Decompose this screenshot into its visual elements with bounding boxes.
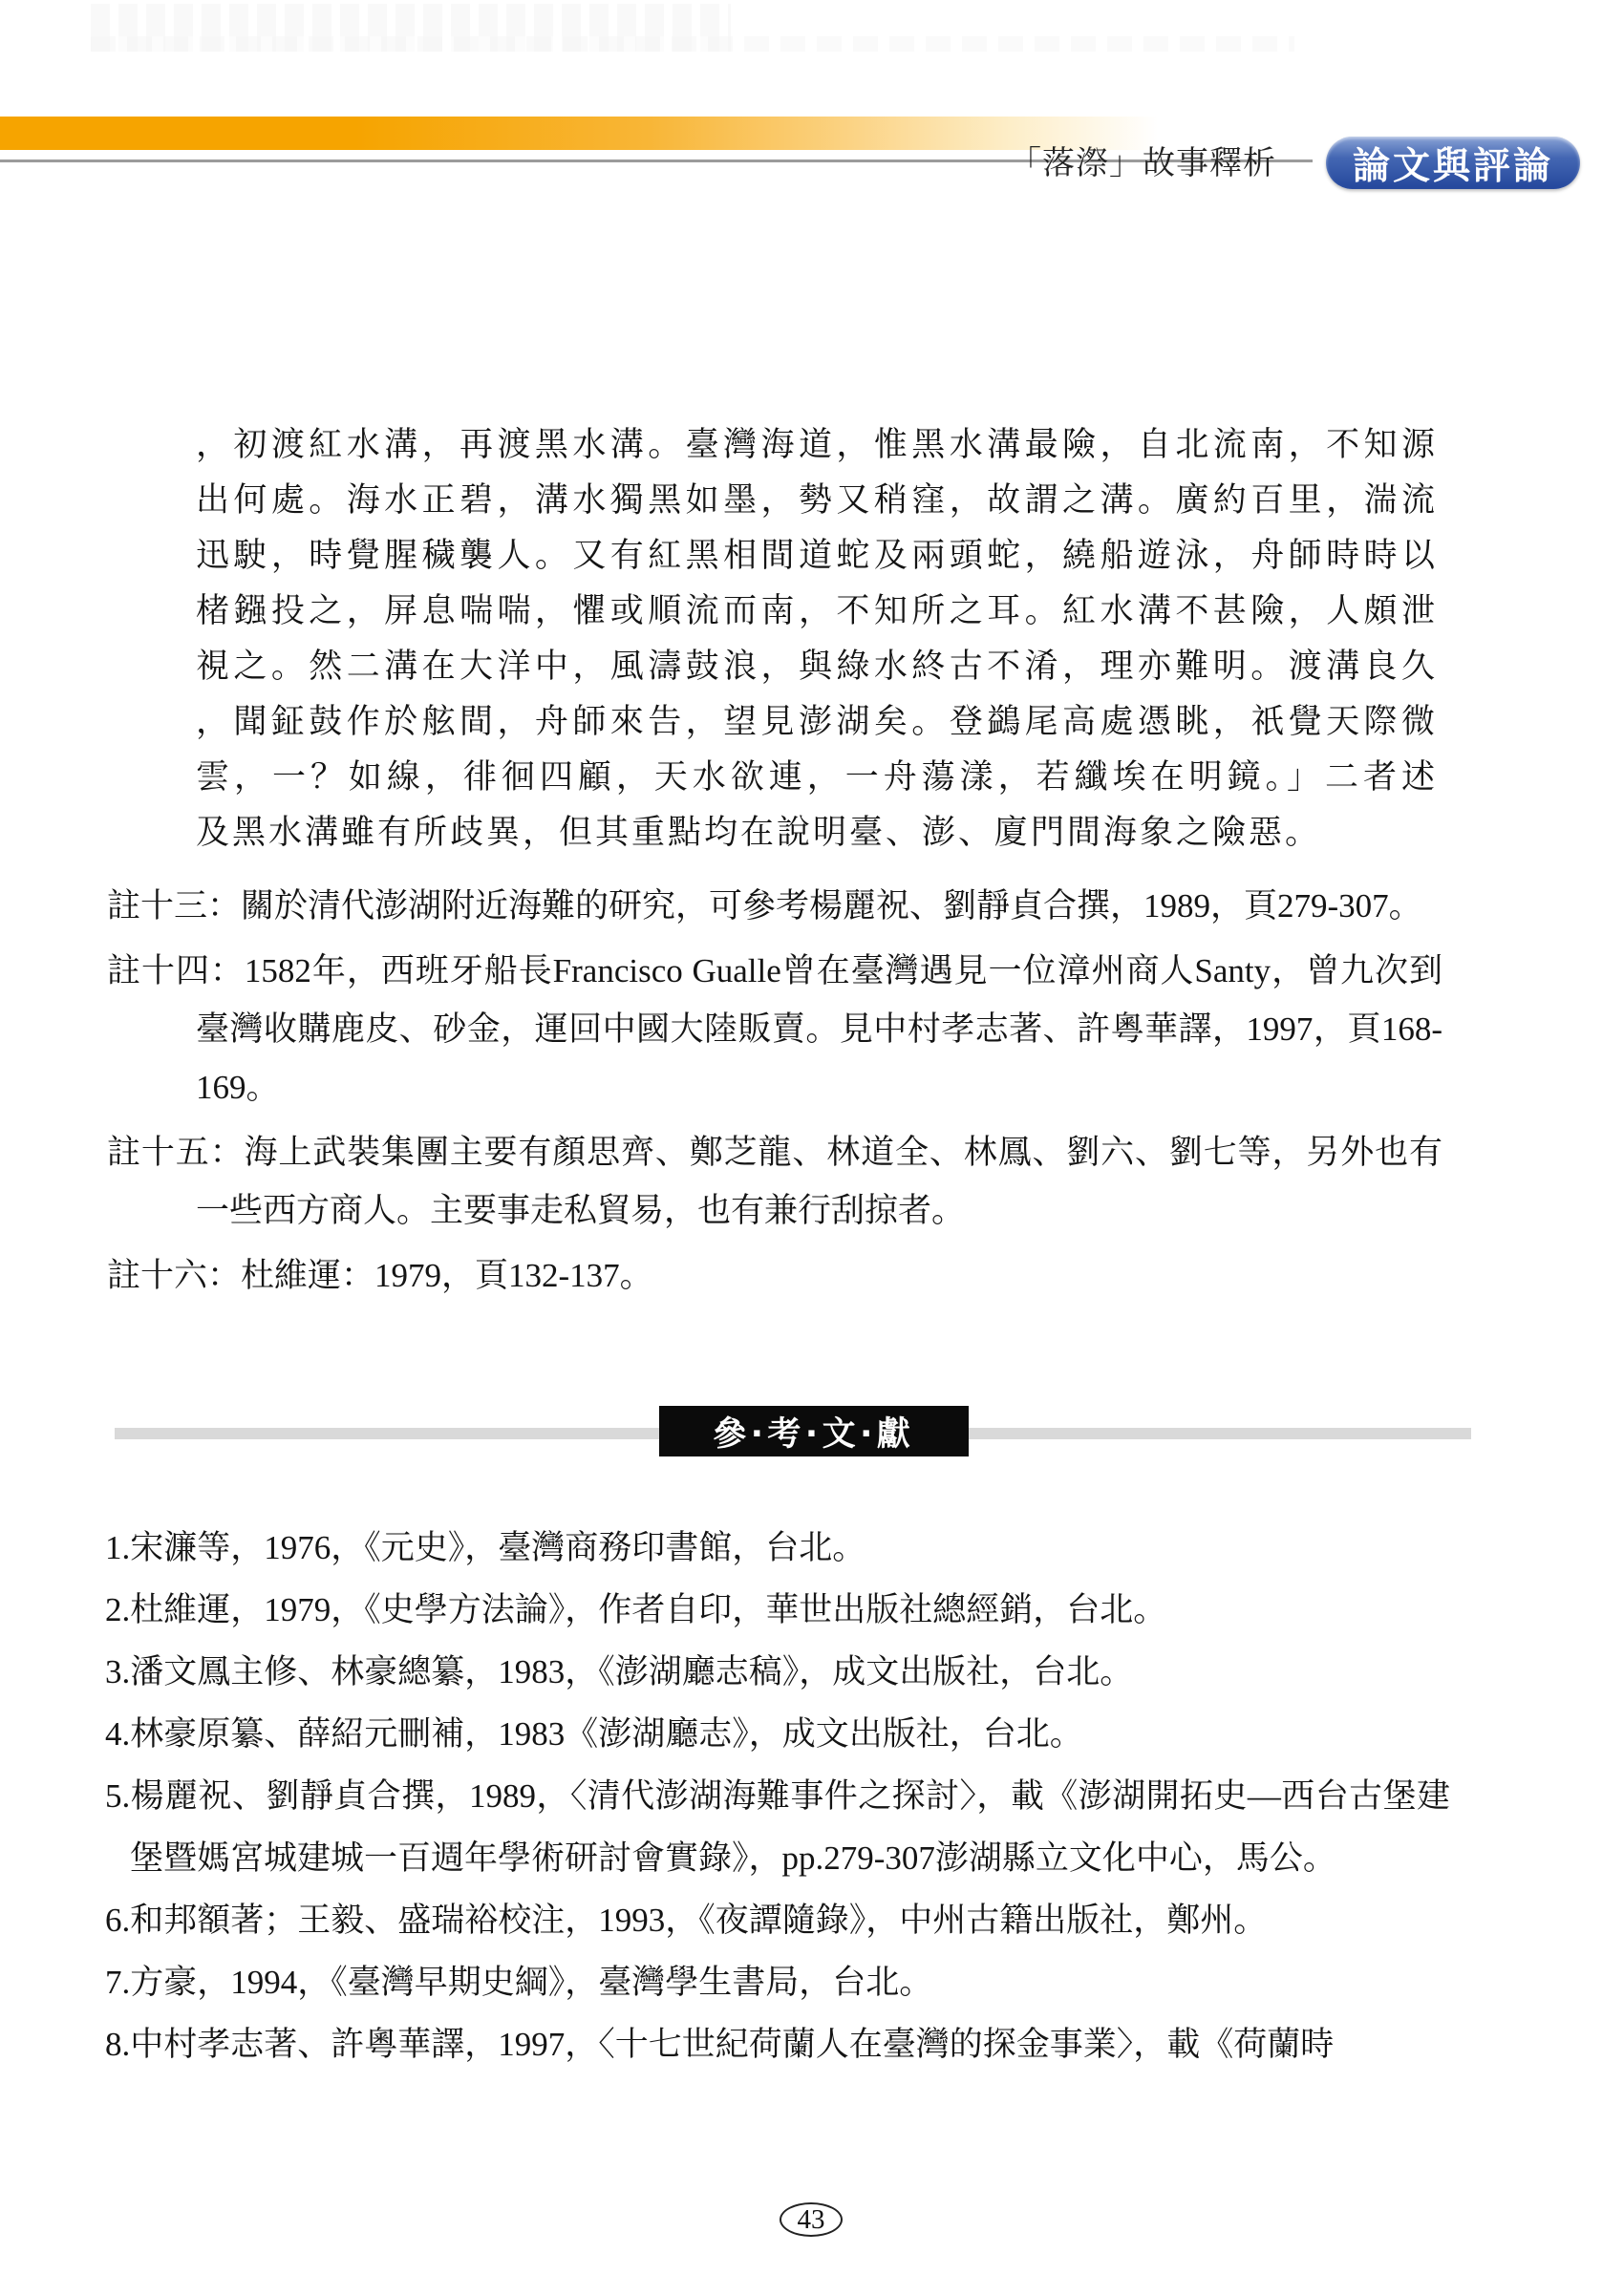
quoted-passage: ，初渡紅水溝，再渡黑水溝。臺灣海道，惟黑水溝最險，自北流南，不知源 出何處。海水… xyxy=(196,417,1438,861)
footnote-label: 註十四： xyxy=(107,952,245,989)
footnote-entry: 註十三：關於清代澎湖附近海難的研究，可參考楊麗祝、劉靜貞合撰，1989，頁279… xyxy=(107,877,1442,935)
footnote-text: 海上武裝集團主要有顏思齊、鄭芝龍、林道全、林鳳、劉六、劉七等，另外也有一些西方商… xyxy=(196,1134,1442,1229)
section-badge: 論文與評論 xyxy=(1326,137,1580,189)
references-title: 參‧考‧文‧獻 xyxy=(713,1408,915,1456)
reference-item: 8.中村孝志著、許粵華譯，1997，〈十七世紀荷蘭人在臺灣的探金事業〉，載《荷蘭… xyxy=(105,2013,1450,2075)
quote-line: ，聞鉦鼓作於舷間，舟師來告，望見澎湖矣。登鷁尾高處憑眺，祇覺天際微 xyxy=(196,694,1438,750)
reference-item: 4.林豪原纂、薛紹元刪補，1983《澎湖廳志》，成文出版社，台北。 xyxy=(105,1703,1450,1765)
running-title: 「落漈」故事釋析 xyxy=(1009,144,1286,182)
reference-item: 3.潘文鳳主修、林豪總纂，1983，《澎湖廳志稿》，成文出版社，台北。 xyxy=(105,1641,1450,1703)
footnote-text: 1582年，西班牙船長Francisco Gualle曾在臺灣遇見一位漳州商人S… xyxy=(196,952,1442,1106)
footnote-label: 註十六： xyxy=(107,1257,241,1294)
quote-line: 迅駛，時覺腥穢襲人。又有紅黑相間道蛇及兩頭蛇，繞船遊泳，舟師時時以 xyxy=(196,528,1438,584)
quote-line: 楮鏹投之，屏息喘喘，懼或順流而南，不知所之耳。紅水溝不甚險，人頗泄 xyxy=(196,584,1438,639)
quote-line: 雲，一？如線，徘徊四顧，天水欲連，一舟蕩漾，若纖埃在明鏡。」二者述 xyxy=(196,750,1438,805)
quote-line: 視之。然二溝在大洋中，風濤鼓浪，與綠水終古不淆，理亦難明。渡溝良久 xyxy=(196,639,1438,694)
header-accent-bar xyxy=(0,117,1182,150)
quote-line: 出何處。海水正碧，溝水獨黑如墨，勢又稍窪，故謂之溝。廣約百里，湍流 xyxy=(196,473,1438,528)
document-page: 「落漈」故事釋析 論文與評論 ，初渡紅水溝，再渡黑水溝。臺灣海道，惟黑水溝最險，… xyxy=(0,0,1624,2296)
reference-item: 6.和邦額著；王毅、盛瑞裕校注，1993，《夜譚隨錄》，中州古籍出版社，鄭州。 xyxy=(105,1889,1450,1951)
reference-item: 2.杜維運，1979，《史學方法論》，作者自印，華世出版社總經銷，台北。 xyxy=(105,1579,1450,1641)
reference-item: 5.楊麗祝、劉靜貞合撰，1989，〈清代澎湖海難事件之探討〉，載《澎湖開拓史—西… xyxy=(105,1765,1450,1889)
references-title-box: 參‧考‧文‧獻 xyxy=(659,1406,969,1456)
footnote-entry: 註十六：杜維運：1979，頁132-137。 xyxy=(107,1246,1442,1305)
section-badge-label: 論文與評論 xyxy=(1353,137,1553,190)
quote-line: ，初渡紅水溝，再渡黑水溝。臺灣海道，惟黑水溝最險，自北流南，不知源 xyxy=(196,417,1438,473)
reference-item: 7.方豪，1994，《臺灣早期史綱》，臺灣學生書局，台北。 xyxy=(105,1951,1450,2013)
footnotes: 註十三：關於清代澎湖附近海難的研究，可參考楊麗祝、劉靜貞合撰，1989，頁279… xyxy=(107,877,1442,1311)
footnote-text: 杜維運：1979，頁132-137。 xyxy=(241,1257,653,1294)
footnote-entry: 註十五：海上武裝集團主要有顏思齊、鄭芝龍、林道全、林鳳、劉六、劉七等，另外也有一… xyxy=(107,1123,1442,1240)
bleed-through-text-artifact xyxy=(91,36,1294,52)
reference-list: 1.宋濂等，1976，《元史》，臺灣商務印書館，台北。 2.杜維運，1979，《… xyxy=(105,1517,1450,2075)
references-section-header: 參‧考‧文‧獻 xyxy=(0,1406,1624,1459)
page-number-oval: 43 xyxy=(780,2202,843,2237)
quote-line: 及黑水溝雖有所歧異，但其重點均在說明臺、澎、廈門間海象之險惡。 xyxy=(196,805,1438,861)
footnote-label: 註十五： xyxy=(107,1134,244,1171)
reference-item: 1.宋濂等，1976，《元史》，臺灣商務印書館，台北。 xyxy=(105,1517,1450,1579)
footnote-text: 關於清代澎湖附近海難的研究，可參考楊麗祝、劉靜貞合撰，1989，頁279-307… xyxy=(241,887,1422,925)
footnote-entry: 註十四：1582年，西班牙船長Francisco Gualle曾在臺灣遇見一位漳… xyxy=(107,942,1442,1116)
footnote-label: 註十三： xyxy=(107,887,241,925)
page-number: 43 xyxy=(798,2204,825,2236)
